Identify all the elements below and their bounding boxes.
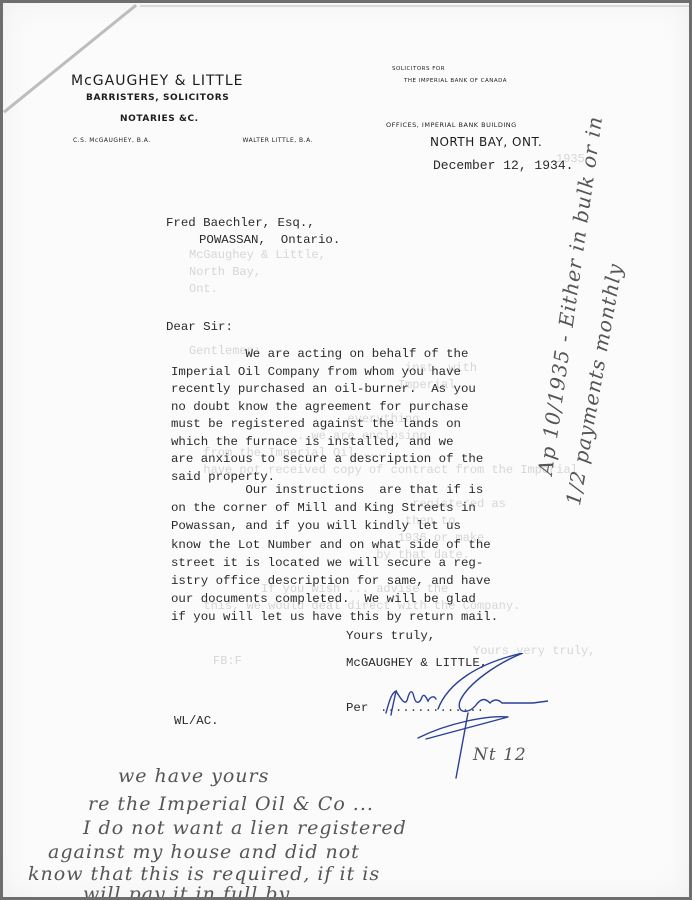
recipient-name: Fred Baechler, Esq., xyxy=(166,215,315,232)
salutation: Dear Sir: xyxy=(166,319,233,336)
pencil-note-line: I do not want a lien registered xyxy=(83,817,407,839)
letterhead-profession: BARRISTERS, SOLICITORS xyxy=(86,93,229,103)
letterhead-solicitors-for: SOLICITORS FOR xyxy=(392,66,445,72)
letterhead-notaries: NOTARIES &C. xyxy=(120,114,199,124)
body-paragraph-2: Our instructions are that if is on the c… xyxy=(171,481,498,627)
paper-top-edge xyxy=(140,5,689,7)
reference-initials: WL/AC. xyxy=(174,713,219,730)
body-paragraph-1: We are acting on behalf of the Imperial … xyxy=(171,346,483,486)
bleed-through-initials: FB:F xyxy=(213,653,242,670)
letterhead-bank-name: THE IMPERIAL BANK OF CANADA xyxy=(404,78,507,84)
per-label: Per xyxy=(346,700,368,717)
pencil-note-line: know that this is required, if it is xyxy=(28,863,380,885)
letterhead-city: NORTH BAY, ONT. xyxy=(430,135,542,149)
partner-name: WALTER LITTLE, B.A. xyxy=(243,137,313,144)
pencil-note-line: re the Imperial Oil & Co ... xyxy=(88,793,374,815)
pencil-note-line: will pay it in full by ... xyxy=(83,883,318,897)
pencil-note-line: we have yours xyxy=(118,765,269,787)
partner-name: C.S. McGAUGHEY, B.A. xyxy=(73,137,151,144)
letter-date: December 12, 1934. xyxy=(433,157,573,174)
recipient-location: POWASSAN, Ontario. xyxy=(199,232,340,249)
bleed-through-address: McGaughey & Little, North Bay, Ont. xyxy=(189,247,326,298)
letter-page: 1935 McGaughey & Little, North Bay, Ont.… xyxy=(3,3,689,897)
closing: Yours truly, xyxy=(346,628,435,645)
letterhead-firm-name: McGAUGHEY & LITTLE xyxy=(71,73,243,89)
pencil-note-line: against my house and did not xyxy=(48,841,360,863)
letterhead-offices: OFFICES, IMPERIAL BANK BUILDING xyxy=(386,121,517,129)
letterhead-partners: C.S. McGAUGHEY, B.A. WALTER LITTLE, B.A. xyxy=(73,137,313,144)
pencil-note-top: Nt 12 xyxy=(473,745,527,765)
